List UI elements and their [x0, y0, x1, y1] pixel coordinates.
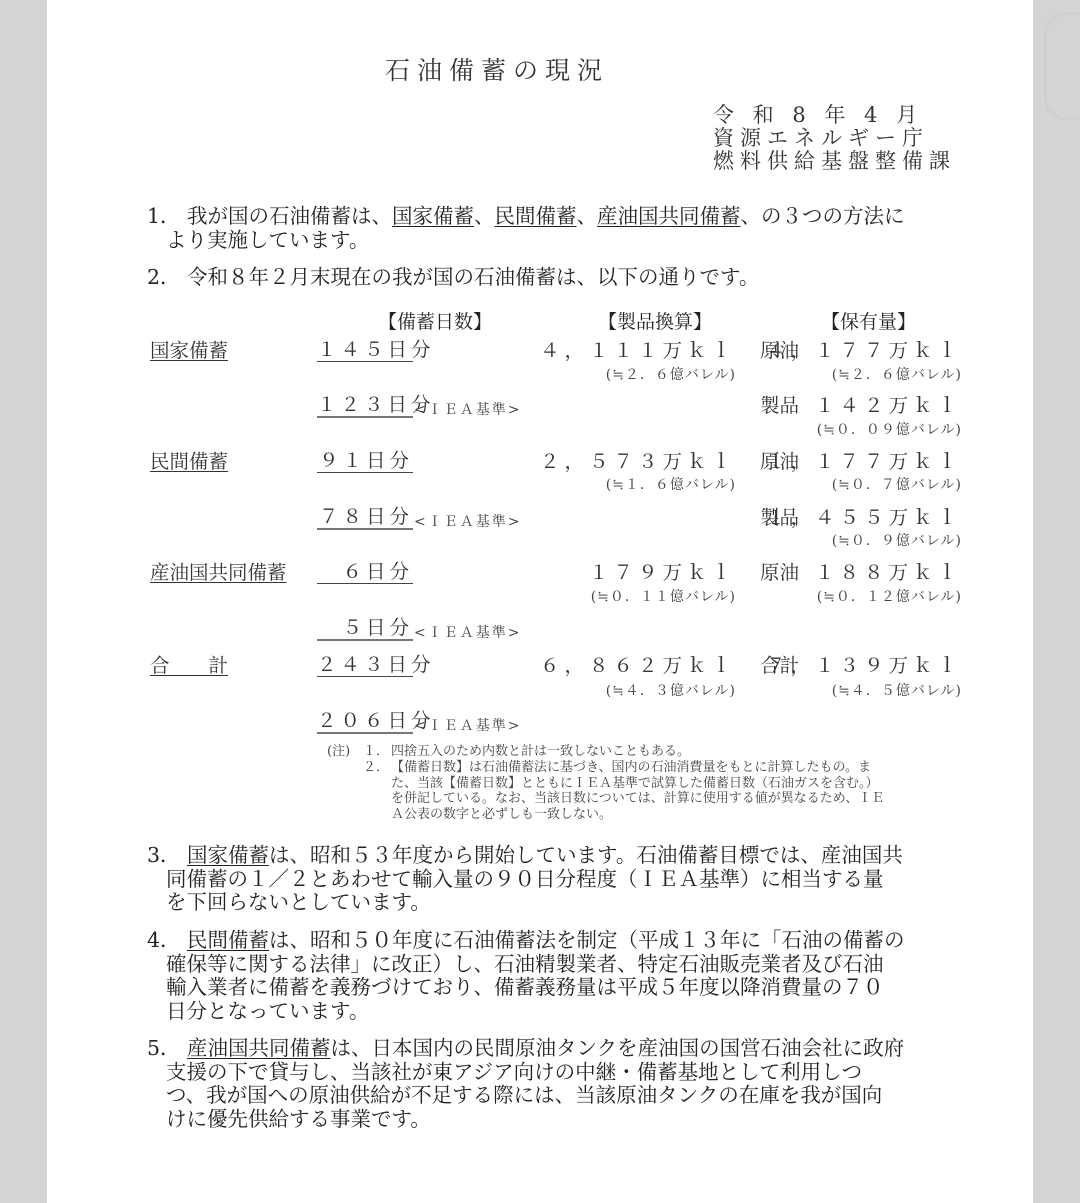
- holding-barrels: (≒２．６億バレル): [832, 366, 962, 384]
- issue-date: 令 和 8 年 4 月: [713, 104, 956, 127]
- days-iea-value: ２０６日分: [317, 710, 413, 734]
- product-equiv-value: ６，８６２万ｋｌ: [540, 654, 736, 678]
- notes-tag: (注): [327, 744, 363, 760]
- product-equiv-barrels: (≒４．３億バレル): [606, 682, 736, 700]
- product-equiv-barrels: (≒１．６億バレル): [606, 476, 736, 494]
- holding-value: １４２万ｋｌ: [815, 394, 962, 418]
- header-days: 【備蓄日数】: [378, 307, 492, 334]
- iea-basis-label: <ＩＥＡ基準>: [414, 622, 521, 642]
- paragraph-3: 3．国家備蓄は、昭和５３年度から開始しています。石油備蓄目標では、産油国共 同備…: [147, 844, 903, 915]
- holding-barrels: (≒０．７億バレル): [832, 476, 962, 494]
- term-private-reserve: 民間備蓄: [187, 928, 269, 952]
- days-value: １４５日分: [317, 339, 413, 362]
- term-national-reserve: 国家備蓄: [392, 204, 474, 228]
- issuer-agency: 資源エネルギー庁: [713, 127, 956, 150]
- header-holdings: 【保有量】: [821, 307, 916, 334]
- product-equiv-barrels: (≒０．１１億バレル): [591, 588, 736, 606]
- issuer-block: 令 和 8 年 4 月 資源エネルギー庁 燃料供給基盤整備課: [713, 104, 956, 173]
- term-national-reserve: 国家備蓄: [187, 843, 269, 867]
- days-value: ６日分: [317, 561, 413, 584]
- holding-barrels: (≒０．０９億バレル): [817, 421, 962, 439]
- paragraph-number: 1．: [147, 205, 187, 229]
- days-iea-value: ７８日分: [317, 506, 413, 530]
- product-equiv-barrels: (≒２．６億バレル): [606, 366, 736, 384]
- holding-barrels: (≒０．９億バレル): [832, 532, 962, 550]
- product-equiv-value: ２，５７３万ｋｌ: [540, 450, 736, 474]
- paragraph-number: 2．: [147, 266, 187, 290]
- row-label: 合 計: [150, 654, 228, 678]
- paragraph-4: 4．民間備蓄は、昭和５０年度に石油備蓄法を制定（平成１３年に「石油の備蓄の 確保…: [147, 929, 905, 1023]
- row-label: 民間備蓄: [150, 450, 228, 474]
- row-label: 国家備蓄: [150, 339, 228, 363]
- holding-value: ４，１７７万ｋｌ: [766, 339, 962, 363]
- term-private-reserve: 民間備蓄: [495, 204, 577, 228]
- holding-kind: 製品: [760, 394, 799, 418]
- days-iea-value: １２３日分: [317, 394, 413, 418]
- term-joint-reserve: 産油国共同備蓄: [597, 204, 741, 228]
- paragraph-5: 5．産油国共同備蓄は、日本国内の民間原油タンクを産油国の国営石油会社に政府 支援…: [147, 1037, 904, 1131]
- header-product-equiv: 【製品換算】: [598, 307, 712, 334]
- product-equiv-value: ４，１１１万ｋｌ: [540, 339, 736, 363]
- holding-value: １，１７７万ｋｌ: [766, 450, 962, 474]
- holding-barrels: (≒０．１２億バレル): [817, 588, 962, 606]
- iea-basis-label: <ＩＥＡ基準>: [414, 715, 521, 735]
- term-joint-reserve: 産油国共同備蓄: [187, 1036, 331, 1060]
- iea-basis-label: <ＩＥＡ基準>: [414, 511, 521, 531]
- holding-barrels: (≒４．５億バレル): [832, 682, 962, 700]
- row-label: 産油国共同備蓄: [150, 561, 287, 585]
- product-equiv-value: １７９万ｋｌ: [589, 561, 736, 585]
- scroll-handle[interactable]: [1044, 12, 1080, 120]
- days-value: ９１日分: [317, 450, 413, 473]
- holding-kind: 原油: [760, 561, 799, 585]
- paragraph-1: 1．我が国の石油備蓄は、国家備蓄、民間備蓄、産油国共同備蓄、の３つの方法に より…: [147, 205, 905, 252]
- paragraph-2: 2．令和８年２月末現在の我が国の石油備蓄は、以下の通りです。: [147, 266, 759, 290]
- document-title: 石油備蓄の現況: [385, 56, 697, 86]
- iea-basis-label: <ＩＥＡ基準>: [414, 399, 521, 419]
- notes: (注)１．四捨五入のため内数と計は一致しないこともある。 ２．【備蓄日数】は石油…: [327, 744, 884, 823]
- holding-value: １８８万ｋｌ: [815, 561, 962, 585]
- holding-value: ７，１３９万ｋｌ: [766, 654, 962, 678]
- issuer-division: 燃料供給基盤整備課: [713, 150, 956, 173]
- days-iea-value: ５日分: [317, 617, 413, 641]
- holding-value: １，４５５万ｋｌ: [766, 506, 962, 530]
- days-value: ２４３日分: [317, 654, 413, 677]
